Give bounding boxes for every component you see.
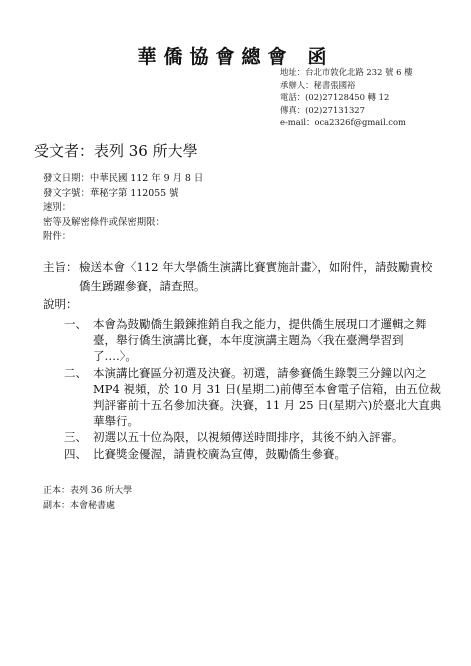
distribution-block: 正本：表列 36 所大學 副本：本會秘書處 [43, 484, 132, 514]
letterhead-title: 華僑協會總會函 [0, 42, 471, 69]
item-number: 二、 [64, 365, 87, 381]
contact-address: 地址：台北市敦化北路 232 號 6 樓 [280, 66, 412, 79]
recipient-line: 受文者：表列 36 所大學 [34, 140, 198, 161]
attachment-line: 附件： [43, 230, 203, 245]
subject-block: 主旨： 檢送本會〈112 年大學僑生演講比賽實施計畫〉，如附件，請鼓勵貴校僑生踴… [43, 258, 443, 296]
org-name: 華僑協會總會 [137, 46, 293, 68]
item-number: 一、 [64, 316, 87, 332]
subject-text: 檢送本會〈112 年大學僑生演講比賽實施計畫〉，如附件，請鼓勵貴校僑生踴躍參賽，… [79, 258, 443, 296]
meta-block: 發文日期：中華民國 112 年 9 月 8 日 發文字號：華秘字第 112055… [43, 172, 203, 245]
doc-type: 函 [308, 46, 334, 68]
issue-date: 發文日期：中華民國 112 年 9 月 8 日 [43, 172, 203, 187]
contact-phone: 電話：(02)27128450 轉 12 [280, 91, 412, 104]
original-recipient: 正本：表列 36 所大學 [43, 484, 132, 499]
contact-block: 地址：台北市敦化北路 232 號 6 樓 承辦人：秘書張國裕 電話：(02)27… [280, 66, 412, 129]
description-item: 二、 本演講比賽區分初選及決賽。初選，請參賽僑生錄製三分鐘以內之 MP4 視頻，… [64, 365, 444, 430]
copy-recipient: 副本：本會秘書處 [43, 499, 132, 514]
description-item: 四、 比賽獎金優渥，請貴校廣為宣傳，鼓勵僑生參賽。 [64, 446, 444, 462]
description-label: 說明： [43, 296, 78, 312]
item-number: 三、 [64, 429, 87, 445]
item-text: 比賽獎金優渥，請貴校廣為宣傳，鼓勵僑生參賽。 [93, 447, 346, 461]
delivery-speed: 速別： [43, 201, 203, 216]
description-item: 一、 本會為鼓勵僑生鍛鍊推銷自我之能力，提供僑生展現口才邏輯之舞臺，舉行僑生演講… [64, 316, 444, 365]
item-number: 四、 [64, 446, 87, 462]
contact-email: e-mail：oca2326f@gmail.com [280, 116, 412, 129]
item-text: 本演講比賽區分初選及決賽。初選，請參賽僑生錄製三分鐘以內之 MP4 視頻，於 1… [93, 366, 441, 429]
security-level: 密等及解密條件或保密期限： [43, 216, 203, 231]
reference-number: 發文字號：華秘字第 112055 號 [43, 187, 203, 202]
item-text: 初選以五十位為限，以視頻傳送時間排序，其後不納入評審。 [93, 430, 404, 444]
item-text: 本會為鼓勵僑生鍛鍊推銷自我之能力，提供僑生展現口才邏輯之舞臺，舉行僑生演講比賽，… [93, 317, 427, 363]
contact-fax: 傳真：(02)27131327 [280, 104, 412, 117]
contact-handler: 承辦人：秘書張國裕 [280, 79, 412, 92]
description-items: 一、 本會為鼓勵僑生鍛鍊推銷自我之能力，提供僑生展現口才邏輯之舞臺，舉行僑生演講… [64, 316, 444, 462]
description-item: 三、 初選以五十位為限，以視頻傳送時間排序，其後不納入評審。 [64, 429, 444, 445]
subject-label: 主旨： [43, 258, 78, 277]
